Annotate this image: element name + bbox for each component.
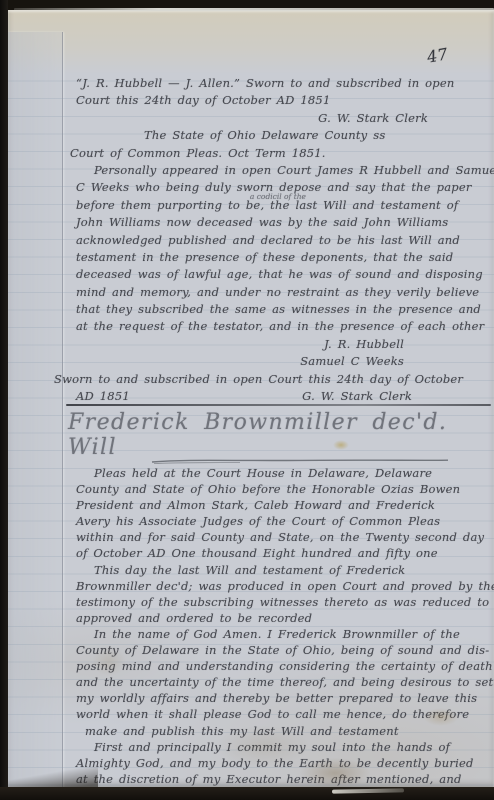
manuscript-line: and the uncertainty of the time thereof,…	[76, 675, 490, 691]
manuscript-line: John Williams now deceased was by the sa…	[76, 215, 490, 232]
probate-fragment-section: “J. R. Hubbell — J. Allen.” Sworn to and…	[76, 76, 490, 406]
manuscript-line-text: Avery his Associate Judges of the Court …	[76, 514, 440, 528]
manuscript-line-text: at the request of the testator, and in t…	[76, 319, 484, 333]
manuscript-line: my worldly affairs and thereby be better…	[76, 691, 490, 707]
manuscript-line: posing mind and understanding considerin…	[76, 659, 490, 675]
manuscript-line-text: J. R. Hubbell	[324, 337, 490, 351]
manuscript-line: testament in the presence of these depon…	[76, 250, 490, 267]
manuscript-line-text: Personally appeared in open Court James …	[94, 163, 494, 177]
manuscript-line-text: County and State of Ohio before the Hono…	[76, 482, 460, 496]
manuscript-line-text: G. W. Stark Clerk	[318, 111, 490, 125]
page-corner-shadow	[8, 765, 98, 787]
manuscript-line-text: First and principally I commit my soul i…	[94, 740, 450, 754]
manuscript-line-text: AD 1851	[76, 389, 130, 403]
manuscript-line-text: Samuel C Weeks	[300, 354, 490, 368]
manuscript-line-text: John Williams now deceased was by the sa…	[76, 215, 448, 229]
manuscript-line-text: approved and ordered to be recorded	[76, 611, 312, 625]
page-number: 47	[426, 44, 450, 66]
manuscript-line-text: “J. R. Hubbell — J. Allen.” Sworn to and…	[76, 76, 454, 90]
manuscript-line: First and principally I commit my soul i…	[76, 740, 490, 756]
will-record-section: Pleas held at the Court House in Delawar…	[76, 466, 490, 788]
manuscript-line-text: Sworn to and subscribed in open Court th…	[54, 372, 463, 386]
manuscript-line-text: The State of Ohio Delaware County ss	[144, 128, 385, 142]
manuscript-line-text: Almighty God, and my body to the Earth t…	[76, 756, 474, 770]
manuscript-line: at the request of the testator, and in t…	[76, 319, 490, 336]
manuscript-line-text: that they subscribed the same as witness…	[76, 302, 481, 316]
manuscript-line-text: my worldly affairs and thereby be better…	[76, 691, 477, 705]
manuscript-line-text: at the discretion of my Executor herein …	[76, 772, 462, 786]
manuscript-line-text: acknowledged published and declared to b…	[76, 233, 460, 247]
manuscript-line-text: Pleas held at the Court House in Delawar…	[94, 466, 432, 480]
manuscript-line-text: In the name of God Amen. I Frederick Bro…	[94, 627, 460, 641]
manuscript-line: within and for said County and State, on…	[76, 530, 490, 546]
manuscript-line: Court this 24th day of October AD 1851	[76, 93, 490, 110]
manuscript-line: Court of Common Pleas. Oct Term 1851.	[76, 146, 490, 163]
manuscript-line: before them purporting to be, the last W…	[76, 198, 490, 215]
manuscript-line: County of Delaware in the State of Ohio,…	[76, 643, 490, 659]
manuscript-line-text: This day the last Will and testament of …	[94, 563, 405, 577]
interlinear-insertion: a codicil of the	[250, 192, 306, 201]
manuscript-line: Pleas held at the Court House in Delawar…	[76, 466, 490, 482]
manuscript-line: Avery his Associate Judges of the Court …	[76, 514, 490, 530]
manuscript-line-text: within and for said County and State, on…	[76, 530, 484, 544]
manuscript-line: approved and ordered to be recorded	[76, 611, 490, 627]
manuscript-line-text: President and Almon Stark, Caleb Howard …	[76, 498, 435, 512]
manuscript-line: Samuel C Weeks	[76, 354, 490, 371]
manuscript-line: The State of Ohio Delaware County ss	[76, 128, 490, 145]
scan-bottom-edge	[0, 787, 494, 800]
will-heading: Frederick Brownmiller dec'd. Will	[68, 414, 488, 456]
manuscript-line: mind and memory, and under no restraint …	[76, 285, 490, 302]
manuscript-line-text: testimony of the subscribing witnesses t…	[76, 595, 494, 609]
manuscript-line-text: testament in the presence of these depon…	[76, 250, 453, 264]
manuscript-line-text: and the uncertainty of the time thereof,…	[76, 675, 494, 689]
manuscript-line: This day the last Will and testament of …	[76, 563, 490, 579]
manuscript-line: that they subscribed the same as witness…	[76, 302, 490, 319]
manuscript-line: President and Almon Stark, Caleb Howard …	[76, 498, 490, 514]
manuscript-line-text: Court of Common Pleas. Oct Term 1851.	[70, 146, 326, 160]
manuscript-line-text: of October AD One thousand Eight hundred…	[76, 546, 438, 560]
manuscript-line-right-text: G. W. Stark Clerk	[302, 389, 490, 403]
heading-flourish-underline	[150, 457, 450, 465]
manuscript-line-text: mind and memory, and under no restraint …	[76, 285, 479, 299]
ledger-paper: 47 “J. R. Hubbell — J. Allen.” Sworn to …	[8, 10, 494, 787]
scanned-ledger-page: 47 “J. R. Hubbell — J. Allen.” Sworn to …	[0, 0, 494, 800]
manuscript-line-text: Court this 24th day of October AD 1851	[76, 93, 330, 107]
manuscript-line-text: posing mind and understanding considerin…	[76, 659, 493, 673]
page-top-edge-highlight	[14, 8, 494, 11]
manuscript-line: of October AD One thousand Eight hundred…	[76, 546, 490, 562]
manuscript-line: J. R. Hubbell	[76, 337, 490, 354]
manuscript-line-text: world when it shall please God to call m…	[76, 707, 469, 721]
manuscript-line: make and publish this my last Will and t…	[76, 724, 490, 740]
manuscript-line: at the discretion of my Executor herein …	[76, 772, 490, 788]
manuscript-line: G. W. Stark Clerk	[76, 111, 490, 128]
manuscript-line: County and State of Ohio before the Hono…	[76, 482, 490, 498]
manuscript-line: Brownmiller dec'd; was produced in open …	[76, 579, 490, 595]
manuscript-line: deceased was of lawful age, that he was …	[76, 267, 490, 284]
manuscript-line: In the name of God Amen. I Frederick Bro…	[76, 627, 490, 643]
manuscript-line: Sworn to and subscribed in open Court th…	[76, 372, 490, 389]
manuscript-line: world when it shall please God to call m…	[76, 707, 490, 723]
manuscript-line: “J. R. Hubbell — J. Allen.” Sworn to and…	[76, 76, 490, 93]
page-gutter-strip	[8, 32, 63, 787]
manuscript-line-text: deceased was of lawful age, that he was …	[76, 267, 483, 281]
manuscript-line: acknowledged published and declared to b…	[76, 233, 490, 250]
manuscript-line: testimony of the subscribing witnesses t…	[76, 595, 490, 611]
section-divider-rule	[66, 404, 491, 406]
manuscript-line-text: County of Delaware in the State of Ohio,…	[76, 643, 489, 657]
scan-left-edge	[0, 0, 8, 800]
manuscript-line: Personally appeared in open Court James …	[76, 163, 490, 180]
manuscript-line-text: make and publish this my last Will and t…	[85, 724, 399, 738]
manuscript-line: Almighty God, and my body to the Earth t…	[76, 756, 490, 772]
manuscript-line-text: Brownmiller dec'd; was produced in open …	[76, 579, 494, 593]
